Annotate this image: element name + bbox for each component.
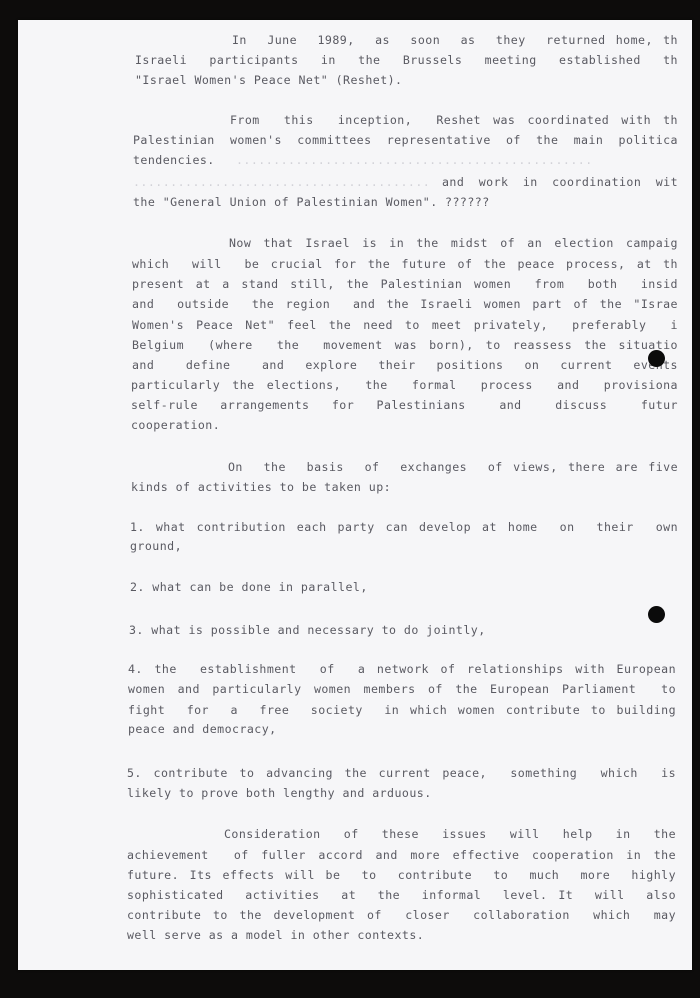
paragraph-3-line-3: present at a stand still, the Palestinia… (132, 277, 678, 291)
paragraph-5-line-2: achievement of fuller accord and more ef… (127, 848, 676, 862)
document-page: In June 1989, as soon as they returned h… (18, 20, 692, 970)
list-item-4-line-3: fight for a free society in which women … (128, 703, 676, 717)
list-item-4-line-2: women and particularly women members of … (128, 682, 676, 696)
paragraph-5-line-4: sophisticated activities at the informal… (127, 888, 676, 902)
paragraph-5-line-6: well serve as a model in other contexts. (127, 928, 676, 942)
paragraph-1-line-1: In June 1989, as soon as they returned h… (232, 33, 678, 47)
paragraph-5-line-5: contribute to the development of closer … (127, 908, 676, 922)
list-item-4-line-1: 4. the establishment of a network of rel… (128, 662, 676, 676)
list-item-5-line-1: 5. contribute to advancing the current p… (127, 766, 676, 780)
list-item-2: 2. what can be done in parallel, (130, 580, 678, 594)
paragraph-2-line-5: the "General Union of Palestinian Women"… (133, 195, 678, 209)
list-item-3: 3. what is possible and necessary to do … (129, 623, 677, 637)
paragraph-1-line-3: "Israel Women's Peace Net" (Reshet). (135, 73, 678, 87)
list-item-5-line-2: likely to prove both lengthy and arduous… (127, 786, 676, 800)
list-item-4-line-4: peace and democracy, (128, 722, 676, 736)
paragraph-3-line-4: and outside the region and the Israeli w… (132, 297, 678, 311)
punch-hole-icon (648, 606, 665, 623)
paragraph-2-line-4: and work in coordination wit (442, 175, 678, 189)
paragraph-3-line-6: Belgium (where the movement was born), t… (132, 338, 678, 352)
paragraph-5-line-3: future. Its effects will be to contribut… (127, 868, 676, 882)
faded-text-fragment: ........................................… (236, 153, 676, 167)
paragraph-3-line-9: self-rule arrangements for Palestinians … (131, 398, 678, 412)
paragraph-4-line-2: kinds of activities to be taken up: (131, 480, 678, 494)
paragraph-4-line-1: On the basis of exchanges of views, ther… (228, 460, 678, 474)
paragraph-3-line-2: which will be crucial for the future of … (132, 257, 678, 271)
paragraph-3-line-10: cooperation. (131, 418, 678, 432)
faded-text-fragment: ........................................… (133, 175, 433, 189)
paragraph-2-line-1: From this inception, Reshet was coordina… (230, 113, 678, 127)
paragraph-5-line-1: Consideration of these issues will help … (224, 827, 676, 841)
list-item-1-line-2: ground, (130, 539, 678, 553)
paragraph-2-line-2: Palestinian women's committees represent… (133, 133, 678, 147)
paragraph-3-line-7: and define and explore their positions o… (132, 358, 678, 372)
paragraph-1-line-2: Israeli participants in the Brussels mee… (135, 53, 678, 67)
paragraph-3-line-1: Now that Israel is in the midst of an el… (229, 236, 678, 250)
paragraph-3-line-5: Women's Peace Net" feel the need to meet… (132, 318, 678, 332)
paragraph-3-line-8: particularly the elections, the formal p… (131, 378, 678, 392)
list-item-1-line-1: 1. what contribution each party can deve… (130, 520, 678, 534)
paragraph-2-line-3: tendencies. (133, 153, 233, 167)
punch-hole-icon (648, 350, 665, 367)
